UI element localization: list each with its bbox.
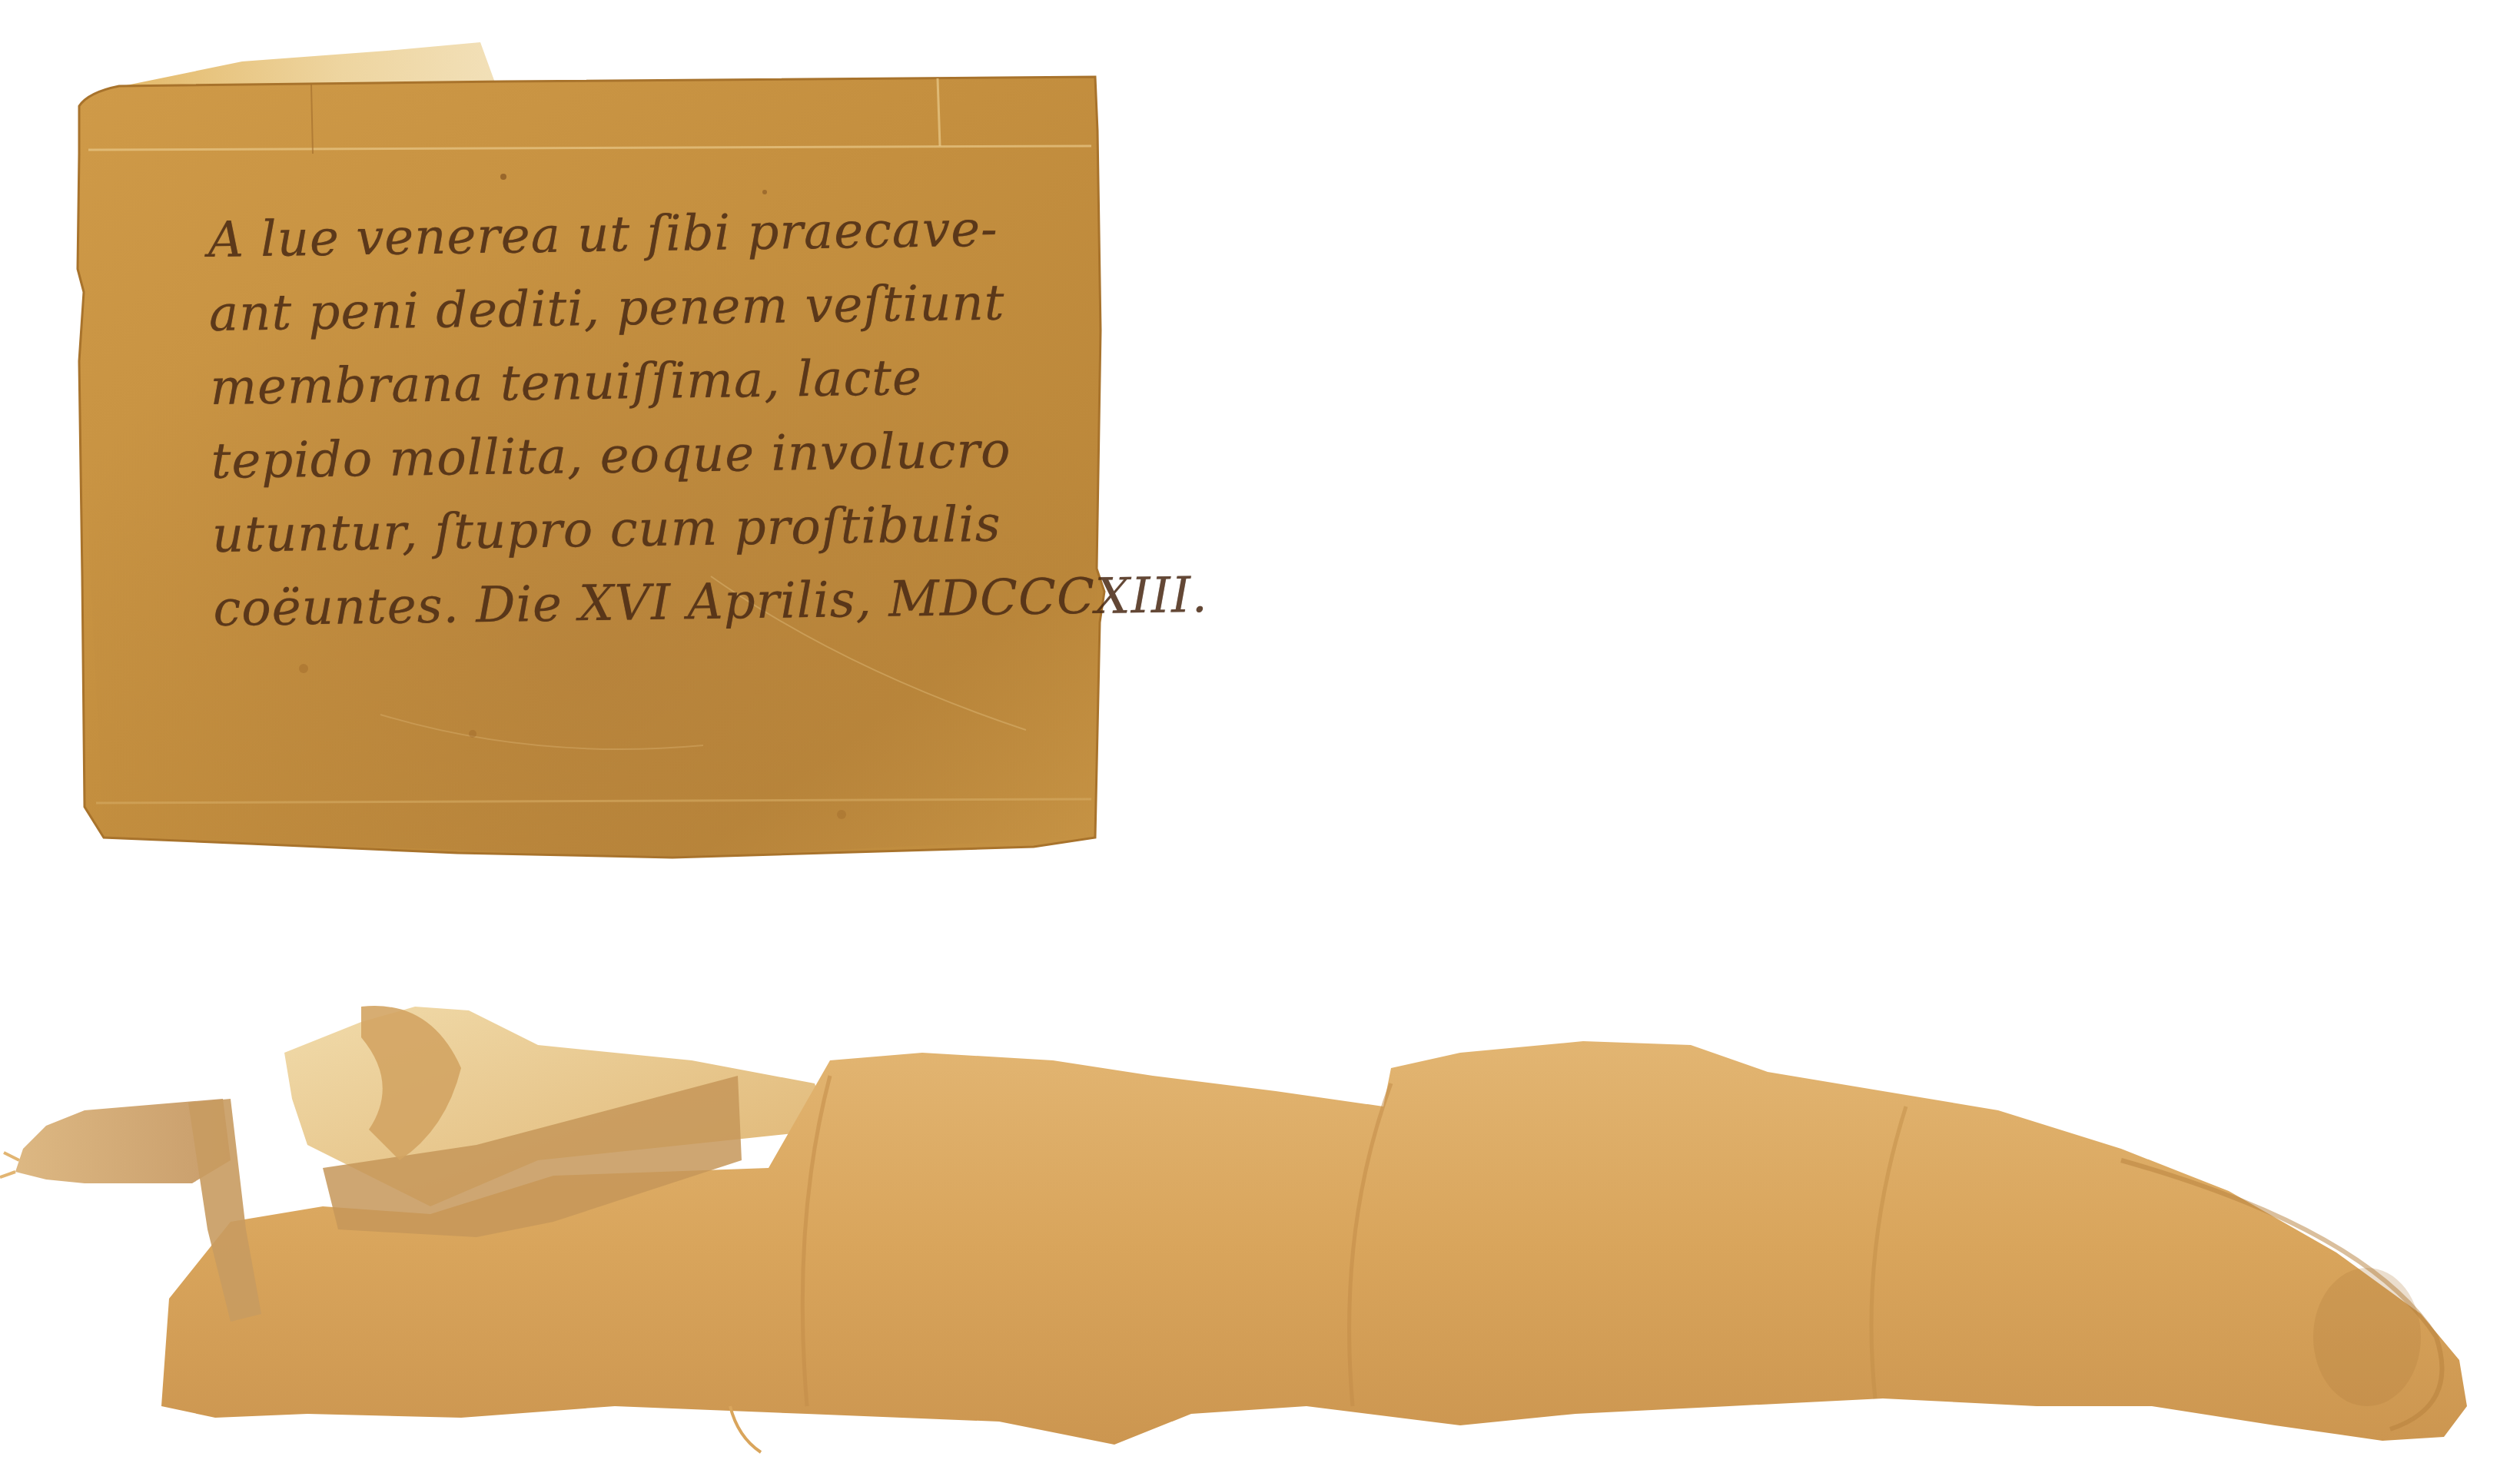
inscription-line-5: utuntur, ſtupro cum proſtibulis [211,486,1119,572]
inscription-line-3: membrana tenuiſſima, lacte [210,339,1117,425]
inscription: A lue venerea ut ſibi praecave- ant peni… [208,191,1121,646]
inscription-line-1: A lue venerea ut ſibi praecave- [208,191,1115,277]
envelope: A lue venerea ut ſibi praecave- ant peni… [73,38,1107,861]
condom-shape [0,976,2520,1468]
condom [0,976,2520,1468]
inscription-line-2: ant peni dediti, penem veſtiunt [208,265,1116,351]
photo-stage: A lue venerea ut ſibi praecave- ant peni… [0,0,2520,1483]
inscription-line-4: tepido mollita, eoque involucro [211,412,1118,498]
inscription-line-6: coëuntes. Die XVI Aprilis, MDCCCXIII. [213,559,1121,645]
